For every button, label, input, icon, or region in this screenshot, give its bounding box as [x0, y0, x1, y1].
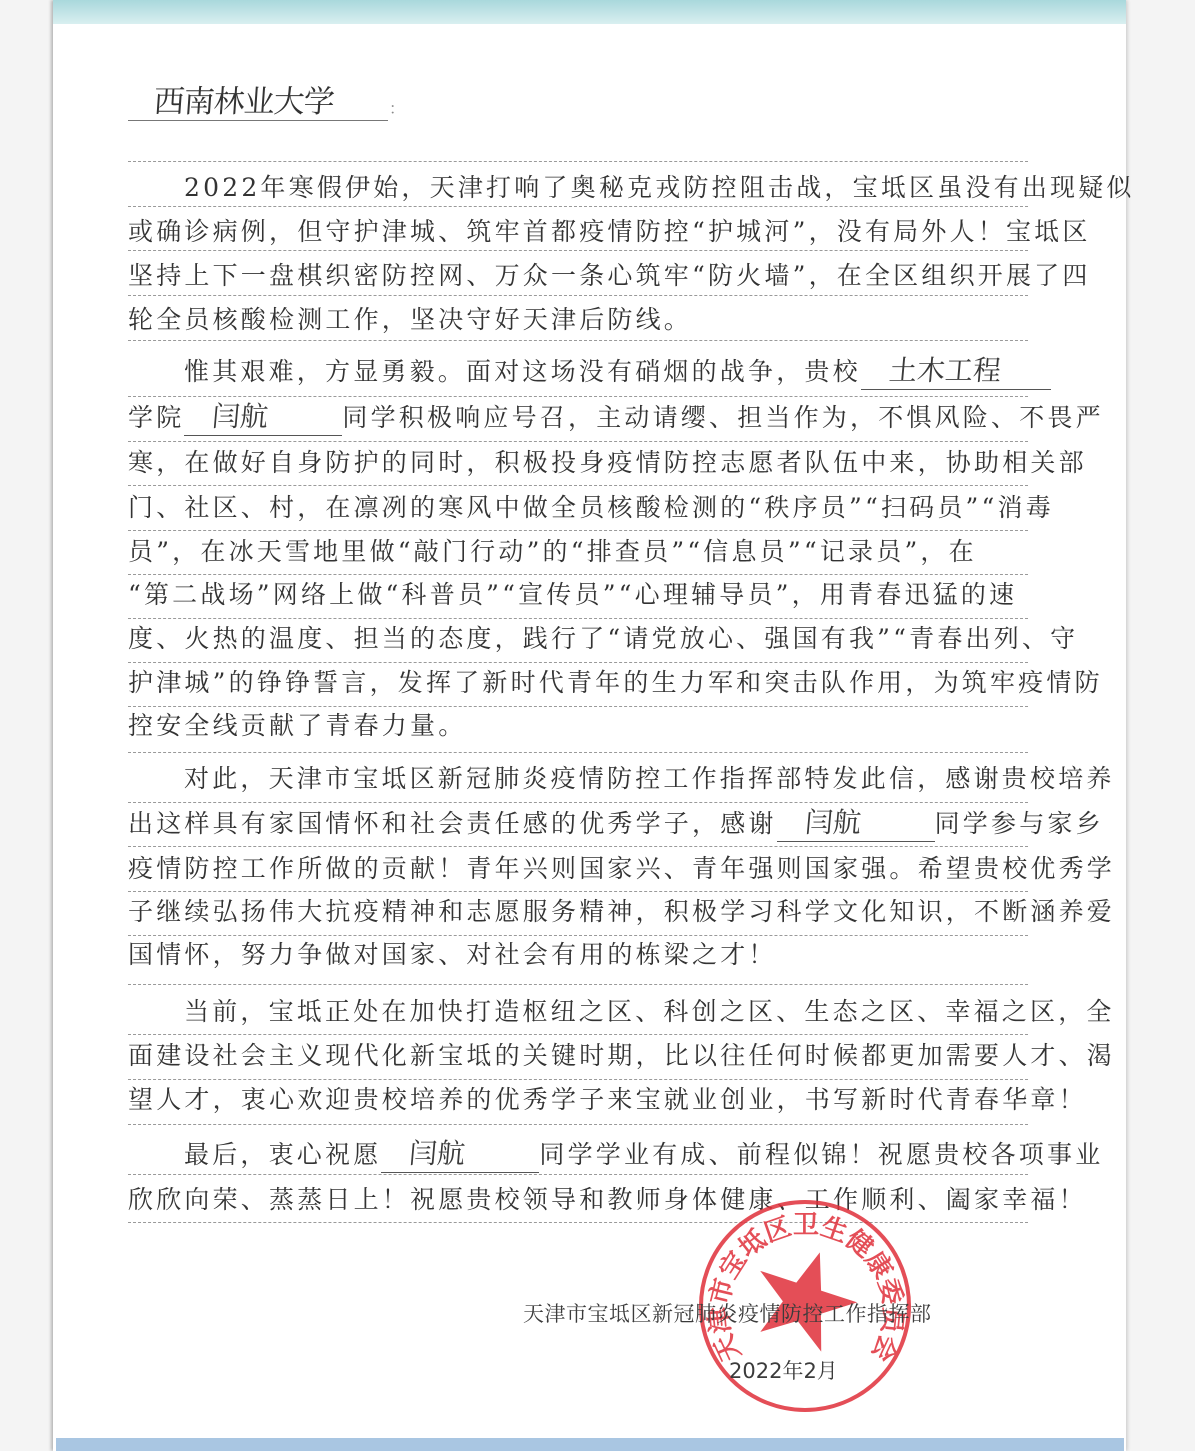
paragraph-3-text: 同学参与家乡 [935, 809, 1104, 838]
paragraph-5-text: 最后，衷心祝愿 [184, 1140, 381, 1169]
paragraph-3-row: 国情怀，努力争做对国家、对社会有用的栋梁之才！ [128, 933, 1028, 977]
paragraph-2-text: 同学积极响应号召，主动请缨、担当作为，不惧风险、不畏严 [342, 403, 1103, 432]
paragraph-5-row: 最后，衷心祝愿闫航同学学业有成、前程似锦！祝愿贵校各项事业 [128, 1133, 1028, 1177]
paragraph-2-text: 惟其艰难，方显勇毅。面对这场没有硝烟的战争，贵校 [184, 357, 861, 386]
paragraph-5-row: 欣欣向荣、蒸蒸日上！祝愿贵校领导和教师身体健康、工作顺利、阖家幸福！ [128, 1178, 1028, 1222]
ruled-line [128, 984, 1028, 985]
student-name-handwritten: 闫航 [183, 399, 270, 435]
addressee-colon: ： [389, 96, 405, 119]
paragraph-2-row: 惟其艰难，方显勇毅。面对这场没有硝烟的战争，贵校土木工程 [128, 350, 1028, 394]
paragraph-3-row: 出这样具有家国情怀和社会责任感的优秀学子，感谢闫航同学参与家乡 [128, 802, 1028, 846]
paragraph-4-row: 面建设社会主义现代化新宝坻的关键时期，比以往任何时候都更加需要人才、渴 [128, 1034, 1028, 1078]
sender-signature: 天津市宝坻区新冠肺炎疫情防控工作指挥部 [523, 1298, 932, 1328]
paragraph-2-row: 学院闫航同学积极响应号召，主动请缨、担当作为，不惧风险、不畏严 [128, 396, 1028, 440]
letter-page: 西南林业大学 ： 2022年寒假伊始，天津打响了奥秘克戎防控阻击战，宝坻区虽没有… [53, 0, 1126, 1451]
paragraph-4-row: 望人才，衷心欢迎贵校培养的优秀学子来宝就业创业，书写新时代青春华章！ [128, 1078, 1028, 1122]
paragraph-5-text: 同学学业有成、前程似锦！祝愿贵校各项事业 [539, 1140, 1103, 1169]
paragraph-2-row: 控安全线贡献了青春力量。 [128, 704, 1028, 748]
student-name-blank: 闫航 [777, 805, 935, 842]
seal-text: 天津市宝坻区卫生健康委员会 [704, 1211, 908, 1366]
paragraph-1-row: 2022年寒假伊始，天津打响了奥秘克戎防控阻击战，宝坻区虽没有出现疑似 [128, 166, 1028, 210]
paragraph-2-row: 员”，在冰天雪地里做“敲门行动”的“排查员”“信息员”“记录员”，在 [128, 530, 1028, 574]
college-blank: 土木工程 [861, 353, 1051, 390]
bottom-border-band [56, 1438, 1124, 1451]
paragraph-1-row: 轮全员核酸检测工作，坚决守好天津后防线。 [128, 298, 1028, 342]
paragraph-3-text: 出这样具有家国情怀和社会责任感的优秀学子，感谢 [128, 809, 777, 838]
paragraph-2-row: 护津城”的铮铮誓言，发挥了新时代青年的生力军和突击队作用，为筑牢疫情防 [128, 661, 1028, 705]
student-name-handwritten: 闫航 [380, 1136, 467, 1172]
addressee-name: 西南林业大学 [152, 76, 335, 121]
student-name-blank: 闫航 [184, 399, 342, 436]
student-name-handwritten: 闫航 [775, 805, 862, 841]
paragraph-1-row: 或确诊病例，但守护津城、筑牢首都疫情防控“护城河”，没有局外人！宝坻区 [128, 210, 1028, 254]
svg-text:天津市宝坻区卫生健康委员会: 天津市宝坻区卫生健康委员会 [704, 1211, 908, 1366]
paragraph-2-row: 寒，在做好自身防护的同时，积极投身疫情防控志愿者队伍中来，协助相关部 [128, 441, 1028, 485]
student-name-blank: 闫航 [381, 1136, 539, 1173]
top-border-band [53, 0, 1126, 24]
letter-date: 2022年2月 [729, 1355, 838, 1385]
college-handwritten: 土木工程 [859, 353, 1002, 389]
paragraph-2-row: 度、火热的温度、担当的态度，践行了“请党放心、强国有我”“青春出列、守 [128, 617, 1028, 661]
ruled-line [128, 752, 1028, 753]
paragraph-4-row: 当前，宝坻正处在加快打造枢纽之区、科创之区、生态之区、幸福之区，全 [128, 990, 1028, 1034]
addressee-field: 西南林业大学 [128, 70, 388, 121]
paragraph-3-row: 对此，天津市宝坻区新冠肺炎疫情防控工作指挥部特发此信，感谢贵校培养 [128, 757, 1028, 801]
ruled-line [128, 161, 1028, 162]
paragraph-2-text: 学院 [128, 403, 184, 432]
paragraph-3-row: 子继续弘扬伟大抗疫精神和志愿服务精神，积极学习科学文化知识，不断涵养爱 [128, 890, 1028, 934]
ruled-line [128, 1124, 1028, 1125]
paragraph-1-row: 坚持上下一盘棋织密防控网、万众一条心筑牢“防火墙”，在全区组织开展了四 [128, 254, 1028, 298]
paragraph-2-row: “第二战场”网络上做“科普员”“宣传员”“心理辅导员”，用青春迅猛的速 [128, 573, 1028, 617]
paragraph-3-row: 疫情防控工作所做的贡献！青年兴则国家兴、青年强则国家强。希望贵校优秀学 [128, 847, 1028, 891]
paragraph-2-row: 门、社区、村，在凛冽的寒风中做全员核酸检测的“秩序员”“扫码员”“消毒 [128, 486, 1028, 530]
ruled-line [128, 1222, 1028, 1223]
